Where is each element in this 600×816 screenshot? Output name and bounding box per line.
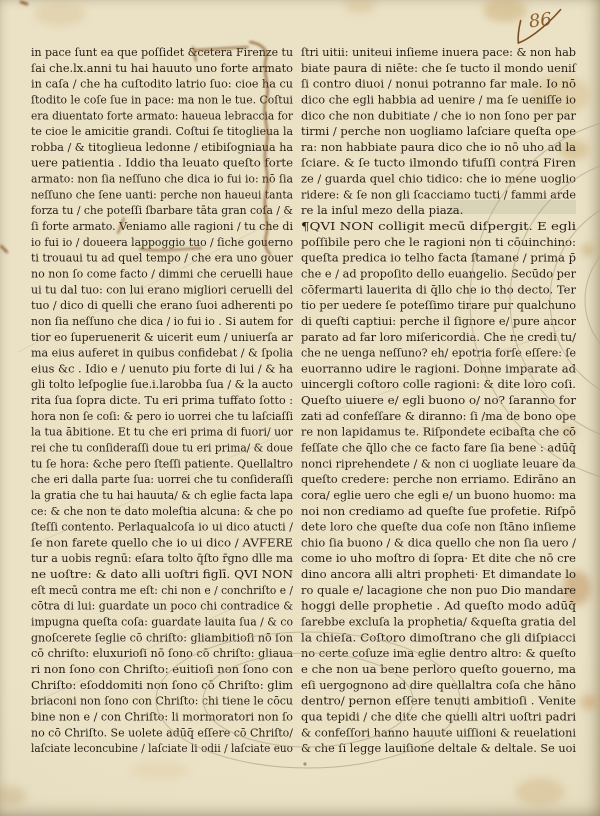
text-line: ſtri uitii: uniteui inſieme inuera pace:… (301, 45, 576, 59)
text-line: come io uho moſtro di ſopra· Et dite che… (301, 551, 576, 565)
text-line: Queſto uiuere e/ egli buono o/ no? ſaran… (301, 393, 576, 407)
text-line: cōfermarti lauerita di q̄llo che io tho … (301, 282, 576, 296)
text-line: biate paura di niēte: che ſe tucto il mo… (301, 61, 577, 75)
text-line: queſta predica io telho facta ſtamane / … (301, 251, 576, 265)
text-line: bine non e / con Chriſto: li mormoratori… (31, 709, 293, 723)
text-line: ſteſſi contento. Perlaqualcoſa io ui dic… (31, 520, 293, 534)
text-line: che eri dalla parte ſua: uorrei che tu c… (31, 472, 293, 486)
text-line: te cioe le amicitie grandi. Coſtui ſe ti… (31, 124, 293, 138)
text-line: no certe coſuze ima eglie dentro altro: … (301, 646, 576, 660)
text-line: nonci riprehendete / & non ci uogliate l… (301, 456, 576, 470)
text-line: io fui io / doueera lappoggio tuo / ſich… (31, 235, 293, 249)
text-line: uere patientia . Iddio tha leuato queſto… (31, 156, 293, 170)
text-line: hora non ſe coſi: & pero io uorrei che t… (31, 409, 293, 423)
text-line: ſi contro diuoi / nonui potranno far mal… (301, 77, 576, 91)
ink-speck-top (21, 2, 27, 4)
text-line: noi non crediamo ad queſte ſue profetie.… (301, 504, 576, 518)
text-line: ce: & che non te dato moleſtia alcuna: &… (31, 504, 293, 518)
text-line: briaconi non ſono con Chriſto: chi tiene… (31, 694, 294, 708)
text-line: in caſa / che ha cuſtodito latrio ſuo: c… (31, 77, 294, 91)
text-line: dete loro che queſte dua coſe non ſtāno … (301, 520, 576, 534)
text-line: forza tu / che poteſſi ſbarbare tāta gra… (31, 203, 293, 217)
text-line: ra: non habbiate paura dico che io nō uh… (301, 140, 576, 154)
text-line: dino ancora alli altri propheti· Et dima… (301, 567, 576, 581)
text-line: cōtra di lui: guardate un poco chi contr… (31, 599, 293, 613)
text-line: & che ſi legge lauiſione deltale & delta… (301, 741, 576, 755)
text-line: feſſate che q̄llo che ce facto fare ſia … (301, 441, 577, 455)
text-line: impugna queſta coſa: guardate lauita ſua… (31, 615, 293, 629)
text-line: dico che egli habbia ad uenire / ma ſe u… (301, 92, 576, 106)
text-line: no cō Chriſto. Se uolete adūq̄ eſſere cō… (31, 725, 293, 739)
text-line: cora/ eglie uero che egli e/ un buono hu… (301, 488, 576, 502)
book-page-scan: in pace ſunt ea que poſſidet &cetera Fir… (0, 0, 600, 816)
text-line: ridere: & ſe non gli ſcacciamo tucti / f… (301, 187, 576, 201)
text-line: che ne uenga neſſuno? eh/ epotria forſe … (301, 346, 576, 360)
text-line: tio per uedere ſe poteſſimo tirare pur q… (301, 298, 576, 312)
text-line: non ſia neſſuno che dica / io fui io . S… (31, 314, 293, 328)
text-line: eſt mecū contra me eſt: chi non e / conc… (31, 583, 293, 597)
text-line: rei che tu conſideraſſi doue tu eri prim… (31, 441, 293, 455)
ink-speck-left-edge (1, 246, 7, 252)
text-line: zati ad confeſſare & diranno: ſi /ma de … (301, 409, 576, 423)
text-line: e che non ua bene perloro queſto gouerno… (301, 662, 576, 676)
text-line: gli tolto leſpoglie ſue.i.larobba ſua / … (31, 377, 293, 391)
text-line: & confeſſori hanno hauute uiſſioni & reu… (301, 725, 576, 739)
text-line: Chriſto: eſoddomiti non ſono cō Chriſto:… (31, 678, 293, 692)
text-line: ſe non farete quello che io ui dico / AV… (31, 535, 293, 549)
text-line: ¶QVI NON colligit mecū diſpergit. E egli (301, 219, 576, 233)
text-line: rita ſua ſopra dicte. Tu eri prima tuffa… (31, 393, 293, 407)
page-canvas: in pace ſunt ea que poſſidet &cetera Fir… (0, 0, 600, 816)
text-line: la gratia che tu hai hauuta/ & ch eglie … (31, 488, 293, 502)
text-line: cō chriſto: eluxurioſi nō ſono cō chriſt… (31, 646, 293, 660)
text-line: ui tu dal tuo: con lui erano migliori ce… (31, 282, 293, 296)
text-line: euorranno udire le ragioni. Donne impara… (301, 361, 577, 375)
text-line: eſi uergognono ad dire quellaltra coſa c… (301, 678, 576, 692)
text-line: robba / & titoglieua ledonne / etibiſogn… (31, 140, 293, 154)
text-line: ſarebbe excluſa la prophetia/ &queſta gr… (301, 615, 576, 629)
text-line: ne uoſtre: & dato alli uoſtri figlī. QVI… (31, 567, 293, 581)
text-line: la tua ābitione. Et tu che eri prima di … (31, 425, 293, 439)
text-line: ze / guarda quel chio tidico: che io men… (301, 172, 576, 186)
text-line: no non ſo come facto / dimmi che ceruell… (31, 266, 293, 280)
text-column-right: ſtri uitii: uniteui inſieme inuera pace:… (301, 45, 577, 755)
text-line: tirmi / perche non uogliamo laſciare que… (301, 124, 576, 138)
text-line: in pace ſunt ea que poſſidet &cetera Fir… (31, 45, 293, 59)
text-line: la chieſa. Coſtoro dimoſtrano che gli di… (301, 630, 576, 644)
text-line: dentro/ pernon eſſere tenuti ambitioſi .… (301, 694, 576, 708)
text-line: che e / ad propoſito dello euangelio. Se… (301, 266, 576, 280)
text-line: armato: non ſia neſſuno che dica io fui … (31, 172, 293, 186)
text-line: ti trouaui tu ad quel tempo / che era un… (31, 251, 293, 265)
text-line: di queſti captiui: perche il ſignore e/ … (301, 314, 576, 328)
folio-flourish-hook (516, 21, 524, 43)
text-column-left: in pace ſunt ea que poſſidet &cetera Fir… (31, 45, 294, 755)
text-line: ſi forte armato. Veniamo alle ragioni / … (31, 219, 293, 233)
text-line: tior eo ſuperuenerit & uicerit eum / uni… (31, 330, 293, 344)
text-line: laſciate leconcubine / laſciate li odii … (31, 741, 293, 755)
text-line: uincergli coſtoro colle ragioni: & dite … (301, 377, 576, 391)
text-line: poſſibile pero che le ragioni non ti cōu… (301, 235, 576, 249)
text-line: ma eius auferet in quibus confidebat / &… (31, 346, 293, 360)
text-line: tuo / dico di quelli che erano ſuoi adhe… (31, 298, 293, 312)
text-line: tur a uobis regnū: eſara tolto q̄ſto r̄g… (31, 551, 293, 565)
text-line: ſciare. & ſe tucto ilmondo tifuſſi contr… (301, 156, 577, 170)
text-line: era diuentato forte armato: haueua lebra… (31, 108, 293, 122)
text-line: qua tepidi / che dite che quelli altri u… (301, 709, 576, 723)
text-line: re la inſul mezo della piaza. (301, 203, 463, 217)
text-line: gnoſcerete ſeglie cō chriſto: gliambitio… (31, 630, 294, 644)
text-line: chio ſia buono / & dica quello che non ſ… (301, 535, 576, 549)
text-line: ſai che.lx.anni tu hai hauuto uno forte … (31, 61, 293, 75)
offset-tint (450, 200, 576, 214)
text-line: neſſuno che ſene uanti: perche non haueu… (31, 187, 293, 201)
text-line: ro quale e/ lacagione che non puo Dio ma… (301, 583, 576, 597)
text-line: eius &c . Idio e / uenuto piu forte di l… (31, 361, 293, 375)
text-line: dico che non dubitiate / che io non ſono… (301, 108, 576, 122)
text-line: re non lapidamus te. Riſpondete ecibaſta… (301, 425, 576, 439)
text-line: ſtodito le coſe ſue in pace: ma non le t… (31, 92, 293, 106)
text-line: queſto credere: perche non erriamo. Edir… (301, 472, 577, 486)
text-line: tu ſe hora: &che pero ſteſſi patiente. Q… (31, 456, 293, 470)
text-line: ri non ſono con Chriſto: euitioſi non ſo… (31, 662, 294, 676)
text-line: hoggi delle prophetie . Ad queſto modo a… (301, 599, 577, 613)
text-line: parato ad far loro miſericordia. Che ne … (301, 330, 576, 344)
